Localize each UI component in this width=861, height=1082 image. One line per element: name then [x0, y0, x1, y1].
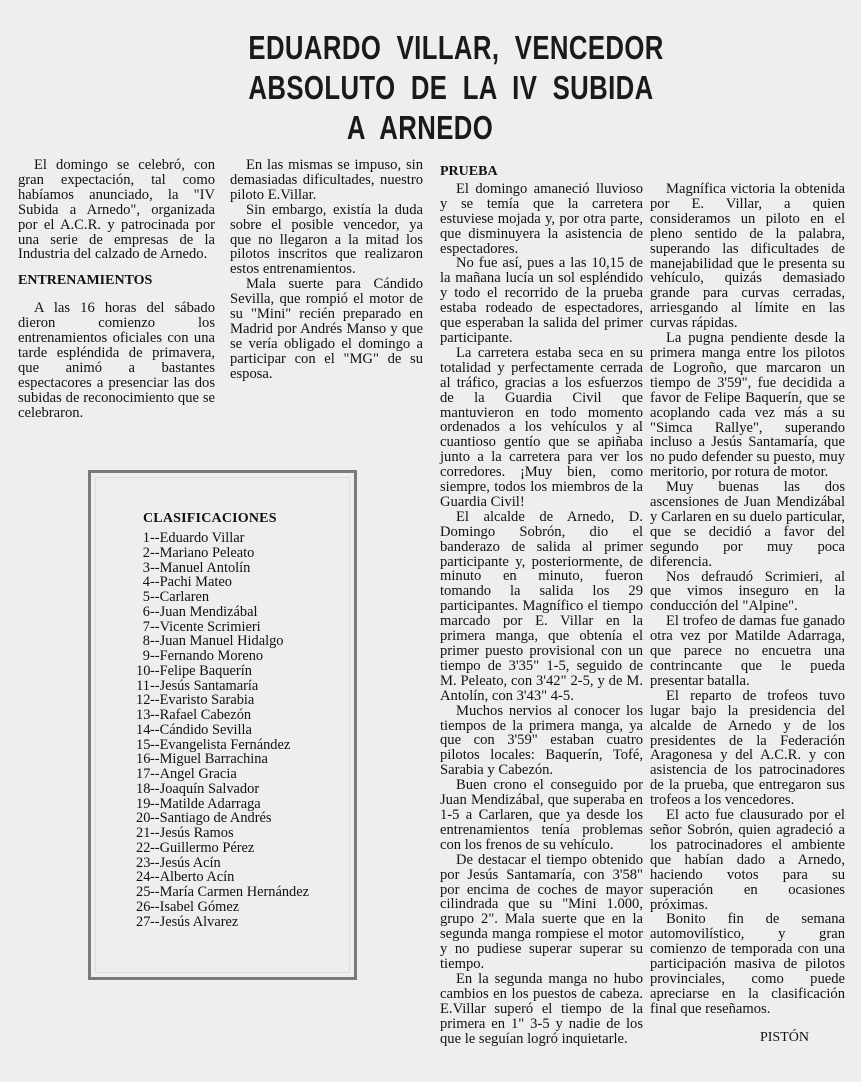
classification-driver-name: Eduardo Villar [160, 530, 245, 546]
classification-driver-name: Matilde Adarraga [160, 796, 261, 812]
headline-line-2: ABSOLUTO DE LA IV SUBIDA [248, 68, 591, 108]
classification-position: 15 [136, 738, 150, 753]
paragraph: De destacar el tiempo obtenido por Jesús… [440, 853, 643, 972]
paragraph: El alcalde de Arnedo, D. Domingo Sobrón,… [440, 510, 643, 704]
classification-separator: -- [150, 530, 160, 546]
classification-separator: -- [150, 545, 160, 561]
classification-separator: -- [150, 619, 160, 635]
article-column-1: El domingo se celebró, con gran expectac… [18, 158, 215, 421]
classification-position: 22 [136, 841, 150, 856]
classification-position: 25 [136, 885, 150, 900]
classification-position: 24 [136, 870, 150, 885]
classification-separator: -- [150, 663, 160, 679]
classification-separator: -- [150, 560, 160, 576]
classification-entry: 21--Jesús Ramos [136, 826, 309, 841]
paragraph: En la segunda manga no hubo cambios en l… [440, 972, 643, 1047]
classification-driver-name: Angel Gracia [160, 766, 237, 782]
classification-position: 12 [136, 693, 150, 708]
paragraph: No fue así, pues a las 10,15 de la mañan… [440, 256, 643, 345]
classification-position: 10 [136, 664, 150, 679]
classification-entry: 25--María Carmen Hernández [136, 885, 309, 900]
classification-entry: 20--Santiago de Andrés [136, 811, 309, 826]
classification-position: 18 [136, 782, 150, 797]
classification-title: CLASIFICACIONES [143, 511, 277, 527]
classification-driver-name: Jesús Alvarez [160, 914, 239, 930]
classification-entry: 6--Juan Mendizábal [136, 605, 309, 620]
classification-position: 7 [136, 620, 150, 635]
classification-entry: 9--Fernando Moreno [136, 649, 309, 664]
classification-position: 1 [136, 531, 150, 546]
classification-entry: 23--Jesús Acín [136, 856, 309, 871]
classification-position: 23 [136, 856, 150, 871]
classification-entry: 22--Guillermo Pérez [136, 841, 309, 856]
article-column-4: Magnífica victoria la obtenida por E. Vi… [650, 182, 845, 1046]
classification-position: 2 [136, 546, 150, 561]
classification-position: 26 [136, 900, 150, 915]
paragraph: Nos defraudó Scrimieri, al que vimos ins… [650, 570, 845, 615]
classification-position: 4 [136, 575, 150, 590]
classification-separator: -- [150, 737, 160, 753]
classification-driver-name: Evangelista Fernández [160, 737, 291, 753]
classification-driver-name: Santiago de Andrés [160, 810, 272, 826]
classification-separator: -- [150, 751, 160, 767]
classification-position: 6 [136, 605, 150, 620]
classification-driver-name: Guillermo Pérez [160, 840, 255, 856]
classification-driver-name: Evaristo Sarabia [160, 692, 255, 708]
classification-driver-name: Manuel Antolín [160, 560, 251, 576]
classification-list: 1--Eduardo Villar2--Mariano Peleato3--Ma… [136, 531, 309, 929]
classification-entry: 12--Evaristo Sarabia [136, 693, 309, 708]
classification-position: 19 [136, 797, 150, 812]
classification-driver-name: Fernando Moreno [160, 648, 264, 664]
classification-driver-name: Felipe Baquerín [160, 663, 252, 679]
classification-entry: 18--Joaquín Salvador [136, 782, 309, 797]
paragraph: En las mismas se impuso, sin demasiadas … [230, 158, 423, 203]
classification-driver-name: Juan Manuel Hidalgo [160, 633, 284, 649]
classification-separator: -- [150, 707, 160, 723]
classification-separator: -- [150, 678, 160, 694]
classification-driver-name: Joaquín Salvador [160, 781, 260, 797]
classification-position: 5 [136, 590, 150, 605]
classification-entry: 4--Pachi Mateo [136, 575, 309, 590]
author-signature: PISTÓN [650, 1031, 845, 1046]
classification-driver-name: Jesús Ramos [160, 825, 234, 841]
paragraph: La carretera estaba seca en su totalidad… [440, 346, 643, 510]
classification-entry: 19--Matilde Adarraga [136, 797, 309, 812]
classification-driver-name: Pachi Mateo [160, 574, 232, 590]
classification-entry: 15--Evangelista Fernández [136, 738, 309, 753]
classification-entry: 14--Cándido Sevilla [136, 723, 309, 738]
paragraph: Buen crono el conseguido por Juan Mendiz… [440, 778, 643, 853]
classification-box: CLASIFICACIONES 1--Eduardo Villar2--Mari… [88, 470, 357, 980]
classification-driver-name: Cándido Sevilla [160, 722, 252, 738]
classification-separator: -- [150, 604, 160, 620]
classification-driver-name: Miguel Barrachina [160, 751, 268, 767]
paragraph: Magnífica victoria la obtenida por E. Vi… [650, 182, 845, 331]
classification-position: 27 [136, 915, 150, 930]
classification-separator: -- [150, 692, 160, 708]
classification-separator: -- [150, 810, 160, 826]
paragraph: El domingo amaneció lluvioso y se temía … [440, 182, 643, 257]
classification-position: 21 [136, 826, 150, 841]
classification-driver-name: Jesús Santamaría [160, 678, 259, 694]
classification-driver-name: Vicente Scrimieri [160, 619, 261, 635]
classification-entry: 17--Angel Gracia [136, 767, 309, 782]
classification-driver-name: María Carmen Hernández [160, 884, 309, 900]
classification-driver-name: Isabel Gómez [160, 899, 240, 915]
headline-line-1: EDUARDO VILLAR, VENCEDOR [248, 28, 591, 68]
classification-position: 13 [136, 708, 150, 723]
classification-entry: 1--Eduardo Villar [136, 531, 309, 546]
classification-position: 17 [136, 767, 150, 782]
section-heading-prueba: PRUEBA [440, 165, 643, 180]
classification-entry: 3--Manuel Antolín [136, 561, 309, 576]
paragraph: El domingo se celebró, con gran expectac… [18, 158, 215, 262]
classification-position: 3 [136, 561, 150, 576]
classification-driver-name: Alberto Acín [160, 869, 235, 885]
classification-entry: 24--Alberto Acín [136, 870, 309, 885]
paragraph: A las 16 horas del sábado dieron comienz… [18, 301, 215, 420]
classification-separator: -- [150, 899, 160, 915]
classification-separator: -- [150, 914, 160, 930]
classification-separator: -- [150, 589, 160, 605]
paragraph: Bonito fin de semana automovilístico, y … [650, 912, 845, 1016]
paragraph: Muy buenas las dos ascensiones de Juan M… [650, 480, 845, 569]
classification-position: 20 [136, 811, 150, 826]
classification-entry: 5--Carlaren [136, 590, 309, 605]
paragraph: Mala suerte para Cándido Sevilla, que ro… [230, 277, 423, 381]
classification-position: 8 [136, 634, 150, 649]
classification-driver-name: Jesús Acín [160, 855, 221, 871]
article-column-2: En las mismas se impuso, sin demasiadas … [230, 158, 423, 382]
classification-separator: -- [150, 855, 160, 871]
classification-position: 14 [136, 723, 150, 738]
paragraph: Muchos nervios al conocer los tiempos de… [440, 704, 643, 779]
paragraph: Sin embargo, existía la duda sobre el po… [230, 203, 423, 278]
classification-entry: 2--Mariano Peleato [136, 546, 309, 561]
classification-entry: 16--Miguel Barrachina [136, 752, 309, 767]
classification-separator: -- [150, 869, 160, 885]
classification-driver-name: Carlaren [160, 589, 210, 605]
classification-entry: 7--Vicente Scrimieri [136, 620, 309, 635]
classification-driver-name: Juan Mendizábal [160, 604, 258, 620]
classification-driver-name: Rafael Cabezón [160, 707, 252, 723]
classification-position: 9 [136, 649, 150, 664]
headline-line-3: A ARNEDO [248, 108, 591, 148]
classification-separator: -- [150, 781, 160, 797]
classification-position: 11 [136, 679, 150, 694]
article-headline: EDUARDO VILLAR, VENCEDOR ABSOLUTO DE LA … [248, 28, 591, 148]
classification-entry: 10--Felipe Baquerín [136, 664, 309, 679]
paragraph: El reparto de trofeos tuvo lugar bajo la… [650, 689, 845, 808]
classification-driver-name: Mariano Peleato [160, 545, 255, 561]
classification-separator: -- [150, 722, 160, 738]
classification-separator: -- [150, 825, 160, 841]
paragraph: El acto fue clausurado por el señor Sobr… [650, 808, 845, 912]
classification-entry: 27--Jesús Alvarez [136, 915, 309, 930]
classification-entry: 8--Juan Manuel Hidalgo [136, 634, 309, 649]
classification-position: 16 [136, 752, 150, 767]
classification-separator: -- [150, 633, 160, 649]
classification-separator: -- [150, 574, 160, 590]
paragraph: La pugna pendiente desde la primera mang… [650, 331, 845, 480]
article-column-3: PRUEBA El domingo amaneció lluvioso y se… [440, 165, 643, 1046]
classification-separator: -- [150, 840, 160, 856]
classification-entry: 13--Rafael Cabezón [136, 708, 309, 723]
classification-entry: 11--Jesús Santamaría [136, 679, 309, 694]
paragraph: El trofeo de damas fue ganado otra vez p… [650, 614, 845, 689]
classification-separator: -- [150, 648, 160, 664]
classification-separator: -- [150, 884, 160, 900]
section-heading-entrenamientos: ENTRENAMIENTOS [18, 274, 215, 289]
classification-separator: -- [150, 796, 160, 812]
classification-separator: -- [150, 766, 160, 782]
classification-entry: 26--Isabel Gómez [136, 900, 309, 915]
